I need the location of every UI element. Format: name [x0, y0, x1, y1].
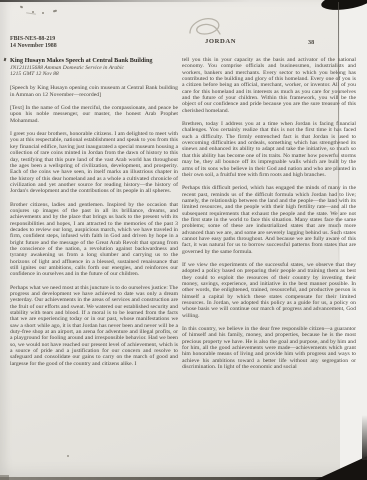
scan-shadow-top-edge [0, 0, 250, 2]
article-title: King Husayn Makes Speech at Central Bank… [10, 57, 178, 64]
document-date: 14 November 1988 [10, 43, 57, 50]
scan-speck [67, 455, 69, 457]
paragraph: Perhaps this difficult period, which has… [182, 185, 356, 255]
source-line-time: 1215 GMT 12 Nov 88 [10, 71, 178, 77]
paragraph: Perhaps what we need most at this junctu… [10, 285, 178, 367]
source-line: JN1211115688 Amman Domestic Service in A… [10, 65, 178, 77]
page-number: 38 [308, 39, 314, 46]
scan-shadow-right-edge [362, 415, 367, 460]
document-header: FBIS-NES-88-219 14 November 1988 [10, 36, 57, 50]
pencil-circle-scribble [184, 13, 226, 43]
paragraph: I greet you dear brothers, honorable cit… [10, 131, 178, 194]
paragraph: If we view the experiments of the succes… [182, 262, 356, 319]
document-id: FBIS-NES-88-219 [10, 36, 57, 43]
paragraph: Brethren, today I address you at a time … [182, 121, 356, 178]
paragraph: [Text] In the name of God the merciful, … [10, 105, 178, 124]
paragraph: Brother citizens, ladies and gentlemen. … [10, 202, 178, 278]
scanned-document-page: FBIS-NES-88-219 14 November 1988 JORDAN … [0, 0, 367, 480]
paragraph: tell you this in your capacity as the ba… [182, 57, 356, 114]
paragraph: In this country, we believe in the dear … [182, 326, 356, 370]
scan-shadow-corner-bottom-left [0, 475, 9, 480]
column-left: King Husayn Makes Speech at Central Bank… [10, 57, 178, 374]
paragraph: [Speech by King Husayn opening coin muse… [10, 85, 178, 98]
handwritten-tick-mark [4, 58, 7, 61]
column-right: tell you this in your capacity as the ba… [182, 57, 356, 377]
page-fold-line [338, 2, 339, 272]
handwritten-pencil-marks [12, 4, 72, 18]
